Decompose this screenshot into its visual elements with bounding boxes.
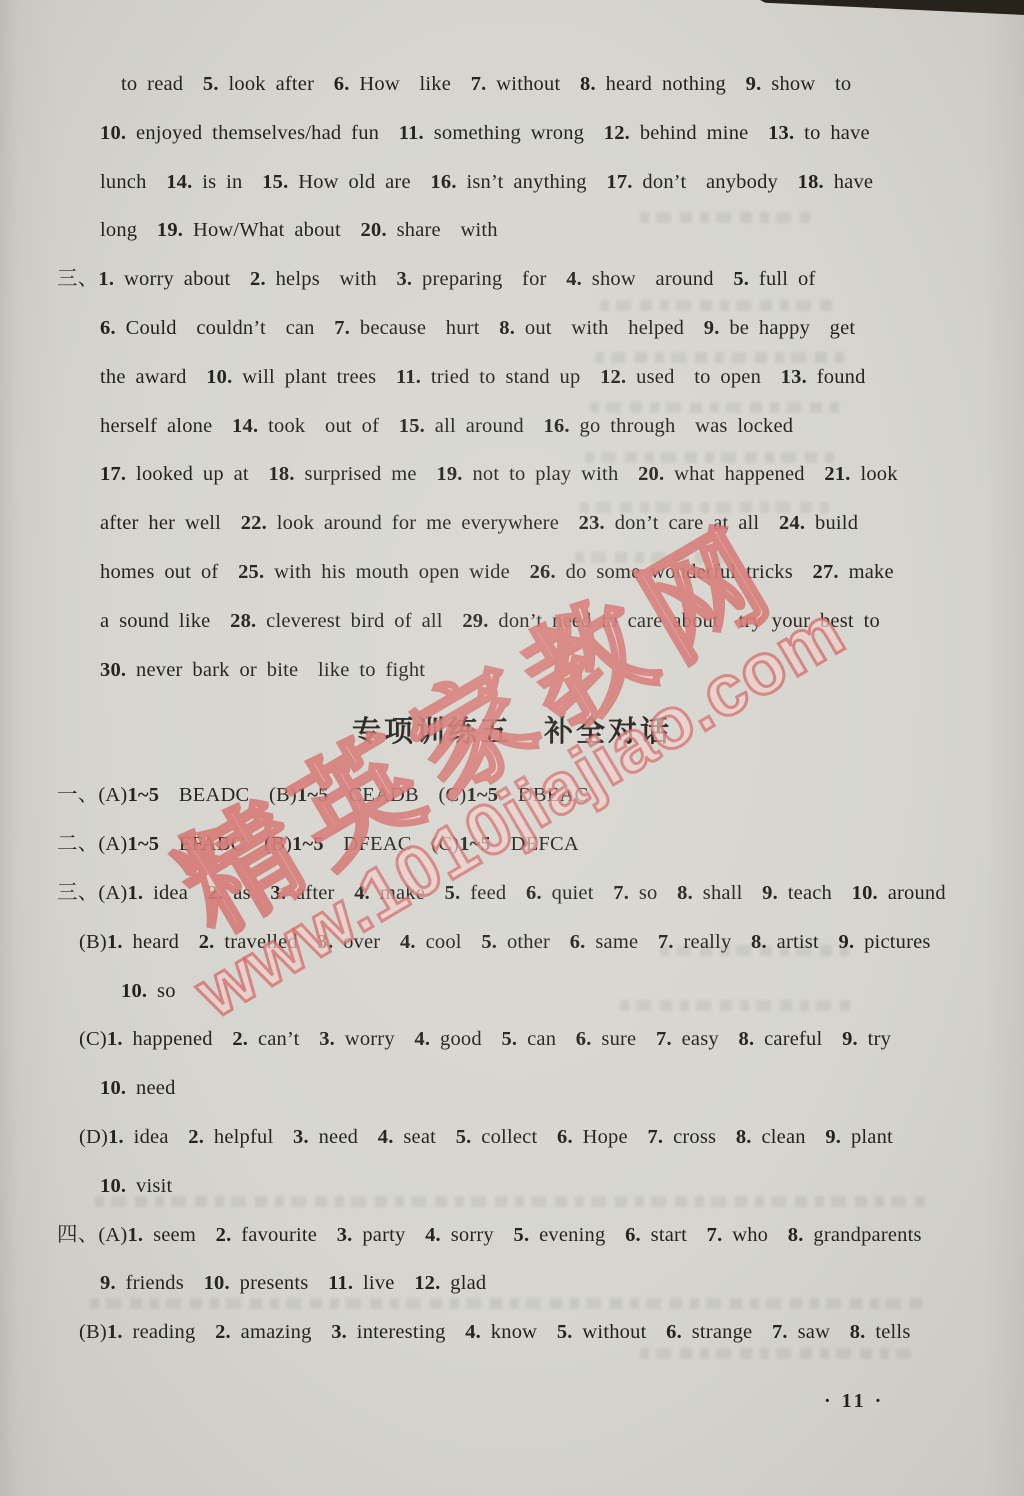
answer-text: go through was locked (570, 415, 794, 437)
answer-number: 23. (579, 512, 605, 534)
answer-text: tried to stand up (421, 366, 600, 388)
answer-number: 7. (658, 931, 674, 953)
answer-text: to have (794, 122, 870, 144)
answer-text: over (333, 931, 400, 953)
answer-number: 25. (238, 561, 264, 583)
answer-line: 10. visit (0, 1162, 1024, 1211)
answer-text: (C) (79, 1028, 107, 1050)
answer-line: after her well 22. look around for me ev… (0, 499, 1024, 548)
answer-number: 9. (842, 1028, 858, 1050)
answer-text: saw (788, 1321, 850, 1343)
answer-text: to read (121, 73, 203, 95)
answer-text: look around for me everywhere (267, 512, 579, 534)
answer-text: took out of (258, 415, 398, 437)
answer-number: 1. (107, 1321, 123, 1343)
answer-text: careful (754, 1028, 842, 1050)
answer-text: a sound like (100, 610, 230, 632)
answer-number: 9. (746, 73, 762, 95)
answer-number: 10. (100, 1077, 126, 1099)
answer-text: (D) (79, 1126, 108, 1148)
answer-text: favourite (231, 1224, 336, 1246)
answer-text: look after (219, 73, 334, 95)
answer-number: 5. (203, 73, 219, 95)
answer-line: (C)1. happened 2. can’t 3. worry 4. good… (0, 1015, 1024, 1064)
answer-key-content: to read 5. look after 6. How like 7. wit… (0, 0, 1024, 1357)
answer-text: teach (778, 882, 852, 904)
answer-text: enjoyed themselves/had fun (126, 122, 399, 144)
answer-number: 4. (354, 882, 370, 904)
answer-line: the award 10. will plant trees 11. tried… (0, 353, 1024, 402)
answer-text: DFEAC (C) (324, 833, 459, 855)
answer-line: 17. looked up at 18. surprised me 19. no… (0, 450, 1024, 499)
answer-text: after (286, 882, 354, 904)
answer-text: look (851, 463, 898, 485)
answer-text: seat (394, 1126, 456, 1148)
answer-text: shall (693, 882, 762, 904)
answer-text: is in (192, 171, 262, 193)
answer-text: share with (387, 219, 498, 241)
answer-text: How like (350, 73, 471, 95)
answer-number: 1~5 (292, 833, 324, 855)
answer-text: used to open (626, 366, 780, 388)
answer-number: 7. (707, 1224, 723, 1246)
answer-text: Could couldn’t can (116, 317, 335, 339)
answer-line: herself alone 14. took out of 15. all ar… (0, 402, 1024, 451)
answer-text: helps with (266, 268, 397, 290)
answer-text: heard (123, 931, 199, 953)
answer-text: Hope (573, 1126, 648, 1148)
answer-number: 3. (337, 1224, 353, 1246)
answer-line: 三、1. worry about 2. helps with 3. prepar… (0, 255, 1024, 304)
answer-text: show to (761, 73, 851, 95)
answer-number: 1~5 (127, 833, 159, 855)
answer-text: can (517, 1028, 576, 1050)
answer-number: 9. (825, 1126, 841, 1148)
answer-number: 27. (813, 561, 839, 583)
answer-text: really (674, 931, 751, 953)
answer-number: 8. (850, 1321, 866, 1343)
answer-text: idea (124, 1126, 188, 1148)
answer-line: lunch 14. is in 15. How old are 16. isn’… (0, 158, 1024, 207)
answer-text: build (805, 512, 858, 534)
answer-text: reading (123, 1321, 215, 1343)
answer-text: good (430, 1028, 501, 1050)
answer-text: isn’t anything (457, 171, 607, 193)
answer-number: 1~5 (297, 784, 329, 806)
answer-text: glad (440, 1272, 486, 1294)
answer-text: 四、(A) (57, 1224, 127, 1246)
answer-line: 9. friends 10. presents 11. live 12. gla… (0, 1259, 1024, 1308)
answer-number: 10. (100, 1175, 126, 1197)
answer-number: 7. (334, 317, 350, 339)
answer-number: 15. (262, 171, 288, 193)
answer-text: worry (335, 1028, 414, 1050)
answer-number: 1. (107, 931, 123, 953)
answer-number: 10. (121, 980, 147, 1002)
answer-number: 13. (768, 122, 794, 144)
answer-number: 13. (781, 366, 807, 388)
answer-text: clean (752, 1126, 826, 1148)
answer-text: without (486, 73, 580, 95)
answer-text: need (309, 1126, 378, 1148)
answer-number: 30. (100, 659, 126, 681)
answer-number: 17. (606, 171, 632, 193)
answer-text: collect (471, 1126, 557, 1148)
answer-text: try (858, 1028, 891, 1050)
answer-number: 7. (656, 1028, 672, 1050)
answer-text: make (839, 561, 894, 583)
answer-number: 5. (557, 1321, 573, 1343)
answer-text: helpful (204, 1126, 293, 1148)
answer-line: (D)1. idea 2. helpful 3. need 4. seat 5.… (0, 1113, 1024, 1162)
answer-text: sorry (441, 1224, 514, 1246)
answer-text: with his mouth open wide (264, 561, 529, 583)
answer-number: 6. (557, 1126, 573, 1148)
answer-number: 6. (666, 1321, 682, 1343)
answer-text: 三、(A) (57, 882, 127, 904)
answer-number: 14. (166, 171, 192, 193)
answer-number: 2. (232, 1028, 248, 1050)
answer-number: 12. (600, 366, 626, 388)
answer-line: 10. need (0, 1064, 1024, 1113)
answer-number: 12. (604, 122, 630, 144)
answer-line: 四、(A)1. seem 2. favourite 3. party 4. so… (0, 1211, 1024, 1260)
answer-number: 2. (208, 882, 224, 904)
answer-number: 4. (400, 931, 416, 953)
answer-text: party (353, 1224, 426, 1246)
answer-text: How old are (288, 171, 430, 193)
answer-number: 2. (215, 1321, 231, 1343)
answer-text: so (147, 980, 175, 1002)
answer-number: 16. (430, 171, 456, 193)
answer-text: don’t anybody (633, 171, 798, 193)
answer-text: quiet (542, 882, 613, 904)
answer-number: 26. (530, 561, 556, 583)
answer-number: 17. (100, 463, 126, 485)
answer-number: 10. (100, 122, 126, 144)
answer-number: 4. (465, 1321, 481, 1343)
answer-number: 20. (361, 219, 387, 241)
answer-number: 1. (127, 882, 143, 904)
answer-text: homes out of (100, 561, 238, 583)
answer-line: 6. Could couldn’t can 7. because hurt 8.… (0, 304, 1024, 353)
answer-line: 30. never bark or bite like to fight (0, 646, 1024, 695)
answer-number: 18. (798, 171, 824, 193)
answer-text: so (629, 882, 677, 904)
answers-block-1: to read 5. look after 6. How like 7. wit… (0, 60, 1024, 694)
answer-number: 9. (100, 1272, 116, 1294)
answer-text: pictures (854, 931, 930, 953)
answer-text: (B) (79, 1321, 107, 1343)
answer-line: homes out of 25. with his mouth open wid… (0, 548, 1024, 597)
answer-number: 24. (779, 512, 805, 534)
answer-text: never bark or bite like to fight (126, 659, 425, 681)
answer-line: 一、(A)1~5 BEADC (B)1~5 CEADB (C)1~5 DBEAC (0, 771, 1024, 820)
answer-text: do some wonderful tricks (556, 561, 813, 583)
answer-text: travelled (215, 931, 318, 953)
answer-number: 7. (772, 1321, 788, 1343)
answer-text: happened (123, 1028, 233, 1050)
answer-number: 2. (216, 1224, 232, 1246)
answer-number: 5. (733, 268, 749, 290)
answer-number: 1. (98, 268, 114, 290)
answer-text: (B) (79, 931, 107, 953)
answer-number: 28. (230, 610, 256, 632)
answer-text: grandparents (804, 1224, 922, 1246)
answer-number: 4. (414, 1028, 430, 1050)
answer-number: 8. (677, 882, 693, 904)
answer-text: easy (672, 1028, 739, 1050)
answer-number: 1. (107, 1028, 123, 1050)
answer-number: 2. (250, 268, 266, 290)
answer-number: 3. (318, 931, 334, 953)
answer-number: 5. (456, 1126, 472, 1148)
answer-text: feed (460, 882, 526, 904)
answer-text: presents (230, 1272, 328, 1294)
answer-number: 9. (839, 931, 855, 953)
answer-number: 21. (824, 463, 850, 485)
answer-text: have (824, 171, 873, 193)
answer-number: 6. (100, 317, 116, 339)
answer-number: 7. (471, 73, 487, 95)
answer-text: start (641, 1224, 707, 1246)
answer-text: 一、(A) (57, 784, 127, 806)
answer-text: friends (116, 1272, 204, 1294)
answer-text: can’t (248, 1028, 319, 1050)
answer-text: looked up at (126, 463, 268, 485)
page-number: · 11 · (824, 1390, 884, 1413)
answer-text: make (370, 882, 445, 904)
answer-number: 2. (188, 1126, 204, 1148)
answer-text: other (497, 931, 570, 953)
answer-text: around (878, 882, 946, 904)
answer-number: 19. (436, 463, 462, 485)
answer-text: worry about (114, 268, 250, 290)
answer-text: don’t care at all (605, 512, 779, 534)
answer-number: 5. (501, 1028, 517, 1050)
answer-text: interesting (347, 1321, 465, 1343)
answer-number: 1~5 (459, 833, 491, 855)
answer-text: show around (582, 268, 733, 290)
answer-number: 19. (157, 219, 183, 241)
answers-block-2: 一、(A)1~5 BEADC (B)1~5 CEADB (C)1~5 DBEAC… (0, 771, 1024, 1357)
answer-number: 4. (566, 268, 582, 290)
answer-number: 22. (241, 512, 267, 534)
answer-line: to read 5. look after 6. How like 7. wit… (0, 60, 1024, 109)
answer-line: 三、(A)1. idea 2. as 3. after 4. make 5. f… (0, 869, 1024, 918)
answer-number: 3. (270, 882, 286, 904)
answer-text: cross (663, 1126, 736, 1148)
answer-text: found (807, 366, 866, 388)
answer-text: strange (682, 1321, 772, 1343)
answer-number: 9. (762, 882, 778, 904)
answer-number: 8. (739, 1028, 755, 1050)
answer-text: something wrong (424, 122, 604, 144)
answer-number: 6. (625, 1224, 641, 1246)
answer-text: because hurt (350, 317, 499, 339)
answer-number: 14. (232, 415, 258, 437)
answer-number: 1. (108, 1126, 124, 1148)
answer-text: herself alone (100, 415, 232, 437)
answer-number: 1~5 (127, 784, 159, 806)
scanned-answer-page: { "page": { "background": "#d6d5cf", "in… (0, 0, 1024, 1496)
answer-number: 1. (127, 1224, 143, 1246)
answer-number: 4. (425, 1224, 441, 1246)
answer-text: BEADC (B) (159, 784, 297, 806)
answer-text: visit (126, 1175, 172, 1197)
answer-number: 20. (638, 463, 664, 485)
answer-text: plant (841, 1126, 893, 1148)
answer-text: cool (416, 931, 482, 953)
answer-text: tells (866, 1321, 911, 1343)
answer-number: 8. (580, 73, 596, 95)
answer-text: don’t need to care about try your best t… (489, 610, 880, 632)
answer-text: know (481, 1321, 557, 1343)
answer-text: seem (143, 1224, 215, 1246)
answer-text: DBEAC (498, 784, 588, 806)
answer-text: the award (100, 366, 206, 388)
answer-text: out with helped (515, 317, 704, 339)
answer-text: be happy get (720, 317, 856, 339)
answer-text: need (126, 1077, 175, 1099)
answer-text: lunch (100, 171, 166, 193)
answer-text: without (573, 1321, 667, 1343)
answer-text: behind mine (630, 122, 768, 144)
answer-line: 10. so (0, 967, 1024, 1016)
answer-number: 29. (462, 610, 488, 632)
answer-text: How/What about (183, 219, 360, 241)
answer-text: 三、 (57, 268, 98, 290)
answer-number: 18. (268, 463, 294, 485)
answer-number: 12. (414, 1272, 440, 1294)
answer-number: 7. (647, 1126, 663, 1148)
answer-text: preparing for (412, 268, 566, 290)
answer-number: 8. (736, 1126, 752, 1148)
answer-number: 4. (378, 1126, 394, 1148)
answer-number: 11. (396, 366, 421, 388)
answer-number: 3. (319, 1028, 335, 1050)
answer-number: 5. (481, 931, 497, 953)
answer-line: long 19. How/What about 20. share with (0, 206, 1024, 255)
answer-number: 6. (570, 931, 586, 953)
answer-line: a sound like 28. cleverest bird of all 2… (0, 597, 1024, 646)
answer-number: 15. (399, 415, 425, 437)
answer-text: same (586, 931, 658, 953)
answer-number: 16. (544, 415, 570, 437)
answer-text: not to play with (463, 463, 638, 485)
answer-number: 10. (852, 882, 878, 904)
answer-line: 10. enjoyed themselves/had fun 11. somet… (0, 109, 1024, 158)
answer-line: (B)1. reading 2. amazing 3. interesting … (0, 1308, 1024, 1357)
answer-number: 6. (526, 882, 542, 904)
answer-number: 10. (206, 366, 232, 388)
answer-text: DEFCA (491, 833, 579, 855)
answer-text: evening (529, 1224, 625, 1246)
answer-text: full of (749, 268, 815, 290)
answer-text: as (223, 882, 270, 904)
answer-number: 8. (751, 931, 767, 953)
answer-number: 7. (613, 882, 629, 904)
answer-number: 11. (399, 122, 424, 144)
answer-text: after her well (100, 512, 241, 534)
answer-text: EFABC (B) (159, 833, 292, 855)
answer-number: 8. (788, 1224, 804, 1246)
answer-text: amazing (231, 1321, 331, 1343)
answer-text: 二、(A) (57, 833, 127, 855)
answer-number: 11. (328, 1272, 353, 1294)
answer-line: 二、(A)1~5 EFABC (B)1~5 DFEAC (C)1~5 DEFCA (0, 820, 1024, 869)
answer-text: heard nothing (596, 73, 746, 95)
answer-number: 1~5 (466, 784, 498, 806)
answer-text: sure (592, 1028, 656, 1050)
answer-number: 10. (204, 1272, 230, 1294)
answer-text: artist (767, 931, 839, 953)
answer-number: 3. (396, 268, 412, 290)
answer-text: will plant trees (232, 366, 396, 388)
answer-text: who (722, 1224, 787, 1246)
answer-text: surprised me (295, 463, 437, 485)
section-title: 专项训练五 补全对话 (0, 709, 1024, 750)
answer-number: 3. (331, 1321, 347, 1343)
answer-number: 5. (514, 1224, 530, 1246)
answer-text: all around (425, 415, 544, 437)
answer-text: what happened (664, 463, 824, 485)
answer-text: live (353, 1272, 414, 1294)
answer-text: idea (143, 882, 207, 904)
answer-text: long (100, 219, 157, 241)
answer-line: (B)1. heard 2. travelled 3. over 4. cool… (0, 918, 1024, 967)
answer-number: 6. (334, 73, 350, 95)
answer-text: CEADB (C) (329, 784, 467, 806)
answer-number: 8. (499, 317, 515, 339)
answer-number: 6. (576, 1028, 592, 1050)
answer-number: 2. (199, 931, 215, 953)
answer-number: 5. (445, 882, 461, 904)
answer-number: 9. (704, 317, 720, 339)
answer-number: 3. (293, 1126, 309, 1148)
answer-text: cleverest bird of all (256, 610, 462, 632)
